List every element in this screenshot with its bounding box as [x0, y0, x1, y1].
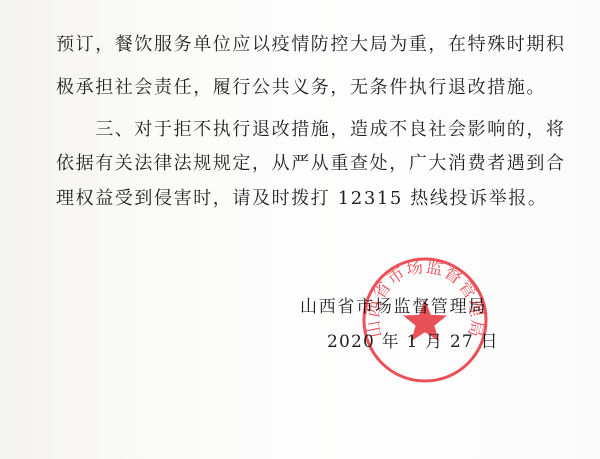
- paragraph-3-line-3: 理权益受到侵害时，请及时拨打 12315 热线投诉举报。: [56, 189, 548, 209]
- paragraph-2-line-1: 预订，餐饮服务单位应以疫情防控大局为重，在特殊时期积: [56, 35, 566, 55]
- document-page: 预订，餐饮服务单位应以疫情防控大局为重，在特殊时期积 极承担社会责任，履行公共义…: [0, 0, 600, 459]
- official-seal-stamp: 山西省市场监督管理局: [361, 256, 489, 384]
- paragraph-2-line-2: 极承担社会责任，履行公共义务，无条件执行退改措施。: [56, 78, 546, 98]
- paragraph-3-line-2: 依据有关法律法规规定，从严从重查处，广大消费者遇到合: [56, 154, 566, 174]
- star-icon: [403, 300, 447, 341]
- paragraph-3-line-1: 三、对于拒不执行退改措施，造成不良社会影响的，将: [56, 120, 566, 140]
